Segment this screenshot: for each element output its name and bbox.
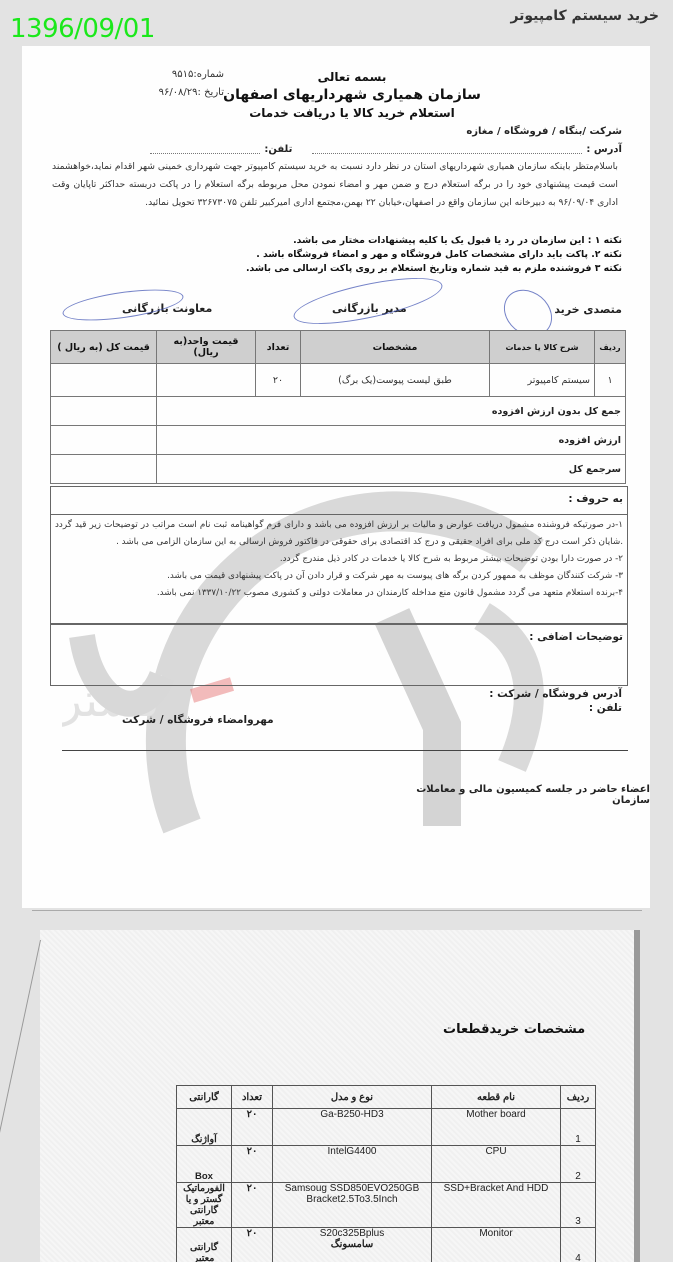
summary-value[interactable] [51,397,157,426]
sheet-edge [634,930,640,1262]
in-words-box[interactable]: به حروف : [50,486,628,515]
model-line: IntelG4400 [277,1146,427,1157]
cell-qty: ۲۰ [232,1183,273,1228]
cell-row-no: ۱ [595,364,626,397]
col-header-spec: مشخصات [301,331,490,364]
table-row: 3 SSD+Bracket And HDD Samsoug SSD850EVO2… [177,1183,596,1228]
cell-model: IntelG4400 [273,1146,432,1183]
parts-table: ردیف نام قطعه نوع و مدل تعداد گارانتی 1 … [176,1085,596,1262]
cell-warranty: Box [177,1146,232,1183]
cell-part-name: SSD+Bracket And HDD [432,1183,561,1228]
sheet-fold-line [0,940,69,1260]
committee-label: اعضاء حاضر در جلسه کمیسیون مالی و معاملا… [388,784,650,806]
cell-row-no: 2 [561,1146,596,1183]
col-header-warranty: گارانتی [177,1086,232,1109]
cell-model: Samsoug SSD850EVO250GBBracket2.5To3.5Inc… [273,1183,432,1228]
col-header-row-no: ردیف [561,1086,596,1109]
letter-title: بسمه تعالی سازمان همیاری شهرداریهای اصفه… [222,68,482,122]
title-subject: استعلام خرید کالا یا دریافت خدمات [222,104,482,122]
col-header-part-name: نام قطعه [432,1086,561,1109]
in-words-label: به حروف : [51,487,627,511]
cell-part-name: Monitor [432,1228,561,1262]
model-line: S20c325Bplus [277,1228,427,1239]
cell-model: S20c325Bplusسامسونگ [273,1228,432,1262]
letter-number: شماره:۹۵۱۵ [94,66,224,84]
condition-2: ۲- در صورت دارا بودن توضیحات بیشتر مربوط… [51,551,627,568]
address-label: آدرس : [586,144,622,155]
inquiry-table: ردیف شرح کالا یا خدمات مشخصات تعداد قیمت… [50,330,626,484]
condition-1: ۱-در صورتیکه فروشنده مشمول دریافت عوارض … [51,517,627,551]
company-field-label: شرکت /بنگاه / فروشگاه / مغازه [466,126,622,137]
title-basmala: بسمه تعالی [222,68,482,86]
page-header: 1396/09/01 خرید سیستم کامپیوتر [0,0,673,46]
col-header-qty: تعداد [232,1086,273,1109]
summary-label: سرجمع کل [157,455,626,484]
cell-model: Ga-B250-HD3 [273,1109,432,1146]
cell-part-name: Mother board [432,1109,561,1146]
phone-blank[interactable] [150,145,260,154]
date-stamp: 1396/09/01 [10,14,155,44]
signature-scribble-icon [61,284,185,327]
cell-row-no: 4 [561,1228,596,1262]
col-header-model: نوع و مدل [273,1086,432,1109]
store-address-label: آدرس فروشگاه / شرکت : [489,688,622,700]
cell-qty: ۲۰ [256,364,301,397]
parts-spec-sheet: مشخصات خریدقطعات ردیف نام قطعه نوع و مدل… [40,930,640,1262]
table-row: 4 Monitor S20c325Bplusسامسونگ ۲۰ گارانتی… [177,1228,596,1262]
divider [32,910,642,911]
cell-row-no: 1 [561,1109,596,1146]
table-row: 2 CPU IntelG4400 ۲۰ Box [177,1146,596,1183]
summary-row-grand-total: سرجمع کل [51,455,626,484]
summary-row-vat: ارزش افزوده [51,426,626,455]
title-organization: سازمان همیاری شهرداریهای اصفهان [222,86,482,104]
cell-warranty: گارانتی معتبر [177,1228,232,1262]
store-phone-label: تلفن : [589,702,622,714]
divider [62,750,628,751]
signatory-buyer: متصدی خرید [554,303,622,316]
inquiry-letter-sheet: گستران شماره:۹۵۱۵ تاریخ :۹۶/۰۸/۲۹ بسمه ت… [22,46,650,908]
cell-qty: ۲۰ [232,1146,273,1183]
attachment-title: مشخصات خریدقطعات [443,1022,585,1037]
note-3: نکته ۳ فروشنده ملزم به قید شماره وتاریخ … [82,262,622,276]
summary-label: ارزش افزوده [157,426,626,455]
col-header-unit-price: قیمت واحد(به ریال) [157,331,256,364]
table-row: ۱ سیستم کامپیوتر طبق لیست پیوست(یک برگ) … [51,364,626,397]
condition-3: ۳- شرکت کنندگان موظف به ممهور کردن برگه … [51,568,627,585]
address-blank[interactable] [312,145,582,154]
col-header-qty: تعداد [256,331,301,364]
cell-spec: طبق لیست پیوست(یک برگ) [301,364,490,397]
cell-row-no: 3 [561,1183,596,1228]
cell-warranty: آواژنگ [177,1109,232,1146]
page-caption: خرید سیستم کامپیوتر [510,8,659,24]
notes-list: نکته ۱ : این سازمان در رد یا قبول یک یا … [82,234,622,276]
summary-value[interactable] [51,455,157,484]
summary-row-subtotal: جمع کل بدون ارزش افزوده [51,397,626,426]
stamp-signature-label: مهروامضاء فروشگاه / شرکت [122,714,274,726]
col-header-total: قیمت کل (به ریال ) [51,331,157,364]
cell-qty: ۲۰ [232,1228,273,1262]
model-line: Samsoug SSD850EVO250GB [277,1183,427,1194]
note-1: نکته ۱ : این سازمان در رد یا قبول یک یا … [82,234,622,248]
col-header-row-no: ردیف [595,331,626,364]
condition-4: ۴-برنده استعلام متعهد می گردد مشمول قانو… [51,585,627,602]
model-line: Ga-B250-HD3 [277,1109,427,1120]
model-line-2: سامسونگ [277,1239,427,1250]
col-header-item: شرح کالا یا خدمات [490,331,595,364]
cell-item: سیستم کامپیوتر [490,364,595,397]
letter-date: تاریخ :۹۶/۰۸/۲۹ [94,84,224,102]
note-2: نکته ۲. پاکت باید دارای مشخصات کامل فروش… [82,248,622,262]
phone-label: تلفن: [264,144,292,155]
signature-scribble-icon [290,269,446,334]
summary-value[interactable] [51,426,157,455]
cell-total[interactable] [51,364,157,397]
model-line-2: Bracket2.5To3.5Inch [277,1194,427,1205]
cell-qty: ۲۰ [232,1109,273,1146]
cell-part-name: CPU [432,1146,561,1183]
letter-body: باسلام‌متظر باینکه سازمان همیاری شهرداری… [52,158,618,212]
cell-unit-price[interactable] [157,364,256,397]
address-phone-row: آدرس : تلفن: [150,144,622,155]
summary-label: جمع کل بدون ارزش افزوده [157,397,626,426]
extra-notes-box[interactable]: توضیحات اضافی : [50,624,628,686]
extra-notes-label: توضیحات اضافی : [51,625,627,649]
table-row: 1 Mother board Ga-B250-HD3 ۲۰ آواژنگ [177,1109,596,1146]
cell-warranty: الفورماتیک گستر و یا گارانتی معتبر [177,1183,232,1228]
conditions-box: ۱-در صورتیکه فروشنده مشمول دریافت عوارض … [50,514,628,624]
